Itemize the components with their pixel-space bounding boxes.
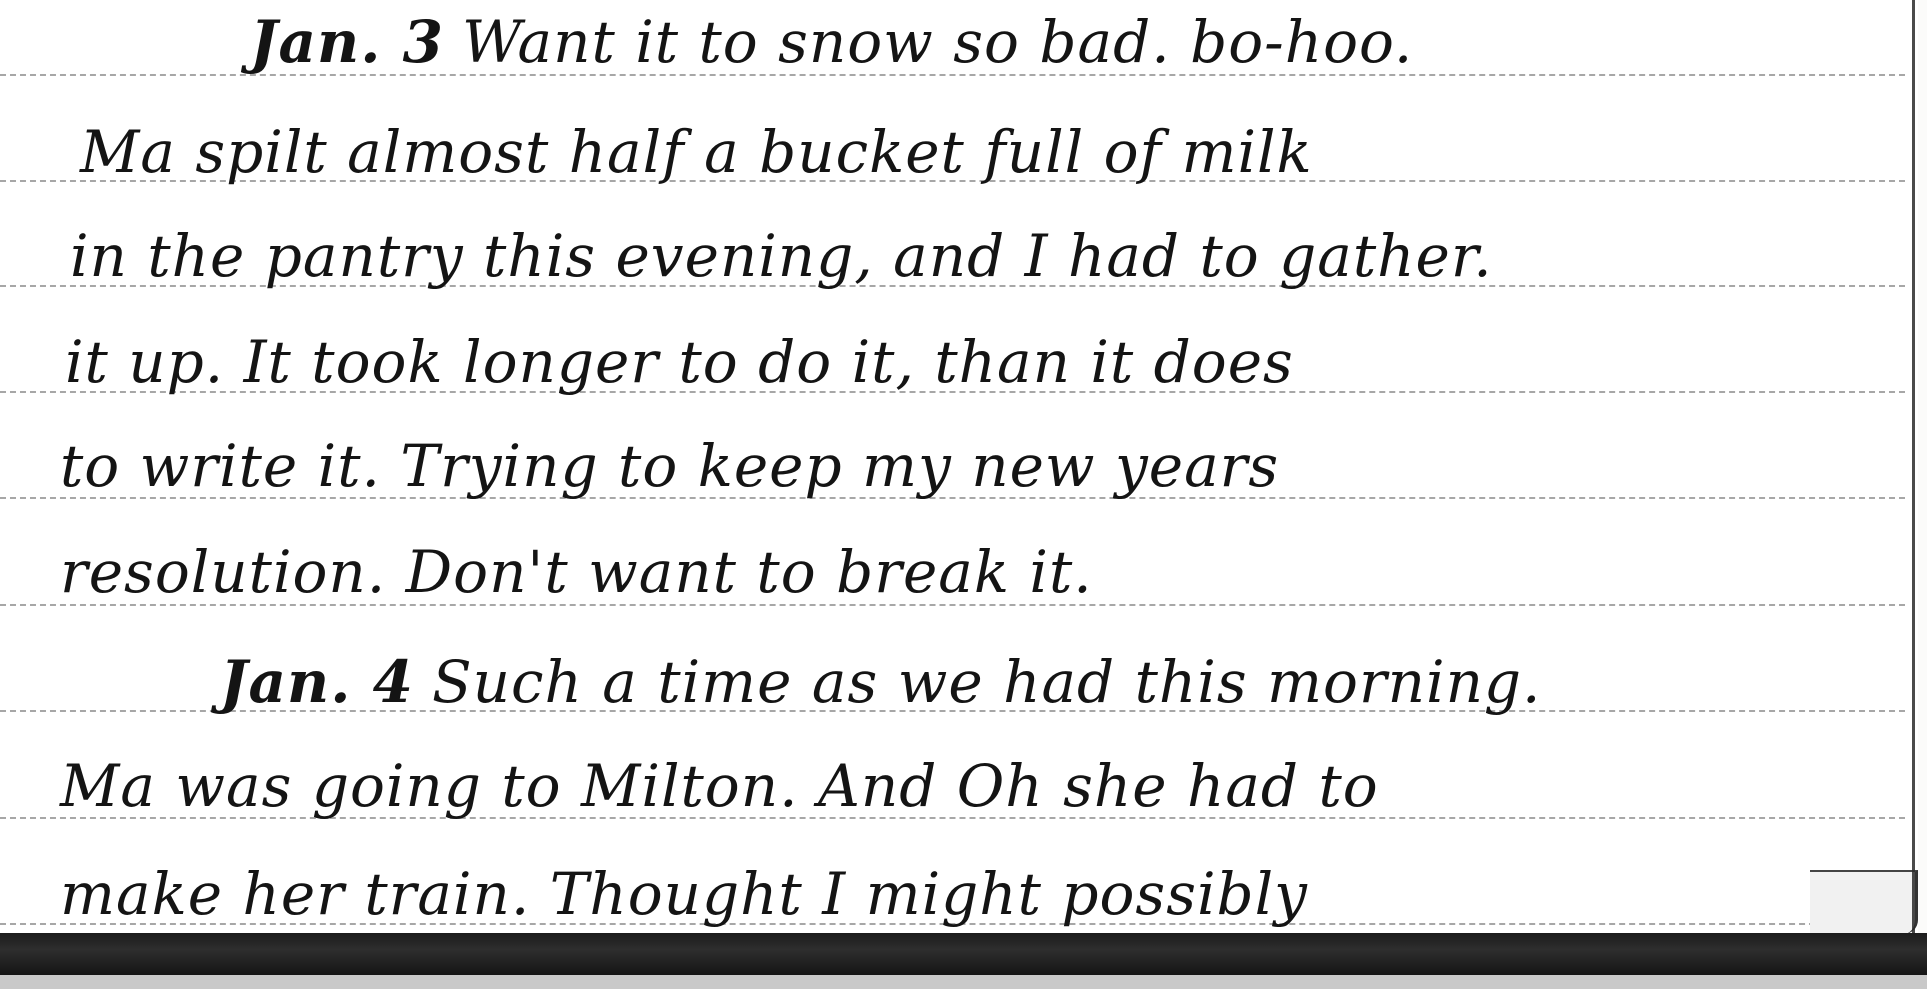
handwritten-line: to write it. Trying to keep my new years	[60, 432, 1279, 500]
torn-corner	[1810, 870, 1918, 934]
handwritten-line: Ma was going to Milton. And Oh she had t…	[60, 752, 1379, 820]
handwritten-line: make her train. Thought I might possibly	[60, 860, 1308, 928]
handwritten-line: in the pantry this evening, and I had to…	[70, 222, 1493, 290]
line-text: make her train. Thought I might possibly	[60, 860, 1308, 928]
handwritten-line: Ma spilt almost half a bucket full of mi…	[80, 118, 1313, 186]
line-text: to write it. Trying to keep my new years	[60, 432, 1279, 500]
line-text: Want it to snow so bad. bo-hoo.	[462, 8, 1413, 76]
line-text: it up. It took longer to do it, than it …	[65, 328, 1294, 396]
entry-date: Jan. 4	[220, 648, 414, 716]
page-edge	[1912, 0, 1915, 935]
handwritten-line: resolution. Don't want to break it.	[60, 538, 1093, 606]
background-surface	[0, 975, 1927, 989]
line-text: resolution. Don't want to break it.	[60, 538, 1093, 606]
line-text: Such a time as we had this morning.	[432, 648, 1542, 716]
handwritten-line: Jan. 4Such a time as we had this morning…	[220, 648, 1542, 716]
book-binding	[0, 933, 1927, 975]
line-text: in the pantry this evening, and I had to…	[70, 222, 1493, 290]
entry-date: Jan. 3	[250, 8, 444, 76]
handwritten-line: Jan. 3Want it to snow so bad. bo-hoo.	[250, 8, 1413, 76]
ruled-paper: Jan. 3Want it to snow so bad. bo-hoo. Ma…	[0, 0, 1918, 935]
handwritten-line: it up. It took longer to do it, than it …	[65, 328, 1294, 396]
line-text: Ma spilt almost half a bucket full of mi…	[80, 118, 1313, 186]
line-text: Ma was going to Milton. And Oh she had t…	[60, 752, 1379, 820]
diary-page: Jan. 3Want it to snow so bad. bo-hoo. Ma…	[0, 0, 1927, 989]
